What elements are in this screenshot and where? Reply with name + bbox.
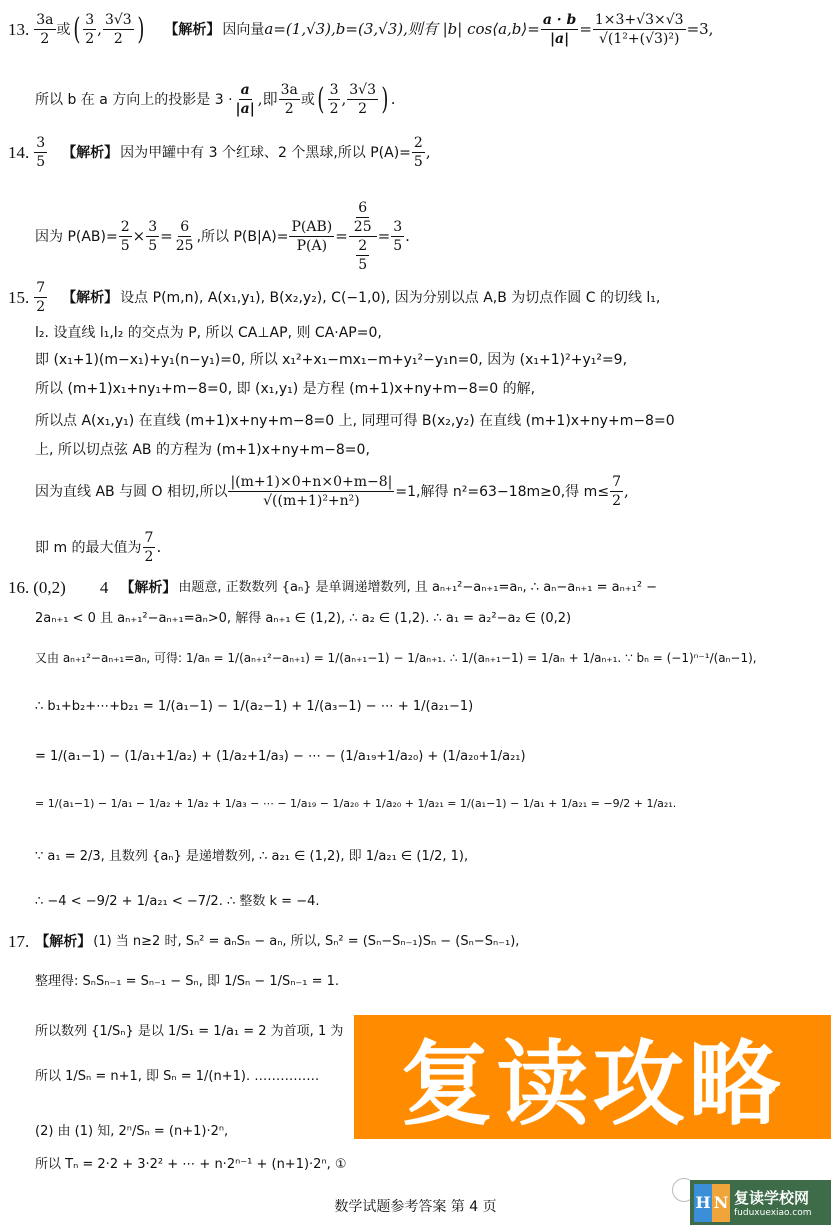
problem-13-line-1: 13. 3a2 或 ( 32, 3√32 ) 【解析】 因向量 a=(1,√3)… [8,12,713,47]
problem-17-line-4: 所以 1/Sₙ = n+1, 即 Sₙ = 1/(n+1). …………… [35,1070,319,1083]
problem-number: 13. [8,21,29,38]
problem-16-line-5: = 1/(a₁−1) − (1/a₁+1/a₂) + (1/a₂+1/a₃) −… [35,750,526,763]
logo-url: fuduxuexiao.com [734,1208,811,1218]
fraction: 3a2 [34,12,55,47]
logo-name: 复读学校网 [734,1187,811,1208]
analysis-tag: 【解析】 [62,146,118,160]
problem-15-line-7: 因为直线 AB 与圆 O 相切,所以 |(m+1)×0+n×0+m−8|√((m… [35,474,629,509]
problem-15-line-1: 15. 72 【解析】 设点 P(m,n), A(x₁,y₁), B(x₂,y₂… [8,280,660,315]
problem-14-line-2: 因为 P(AB)= 25 × 35 = 625 ,所以 P(B|A)= P(AB… [35,200,410,273]
problem-16-line-8: ∴ −4 < −9/2 + 1/a₂₁ < −7/2. ∴ 整数 k = −4. [35,895,320,908]
problem-15-line-5: 所以点 A(x₁,y₁) 在直线 (m+1)x+ny+m−8=0 上, 同理可得… [35,414,675,428]
analysis-tag: 【解析】 [35,935,91,949]
problem-16-line-3: 又由 aₙ₊₁²−aₙ₊₁=aₙ, 可得: 1/aₙ = 1/(aₙ₊₁²−aₙ… [35,652,757,664]
problem-17-line-5: (2) 由 (1) 知, 2ⁿ/Sₙ = (n+1)·2ⁿ, [35,1125,228,1138]
problem-16-line-4: ∴ b₁+b₂+⋯+b₂₁ = 1/(a₁−1) − 1/(a₂−1) + 1/… [35,700,473,713]
analysis-tag: 【解析】 [164,23,220,37]
problem-15-line-3: 即 (x₁+1)(m−x₁)+y₁(n−y₁)=0, 所以 x₁²+x₁−mx₁… [35,353,627,367]
problem-14-line-1: 14. 35 【解析】 因为甲罐中有 3 个红球、2 个黑球,所以 P(A)= … [8,135,431,170]
problem-17-line-3: 所以数列 {1/Sₙ} 是以 1/S₁ = 1/a₁ = 2 为首项, 1 为 [35,1025,343,1038]
problem-16-line-1: 16. (0,2) 4 【解析】 由题意, 正数数列 {aₙ} 是单调递增数列,… [8,579,657,596]
problem-15-line-6: 上, 所以切点弦 AB 的方程为 (m+1)x+ny+m−8=0, [35,443,370,457]
banner-text: 复读攻略 [400,1011,784,1143]
site-logo: H N 复读学校网 fuduxuexiao.com [690,1180,831,1225]
problem-16-line-7: ∵ a₁ = 2/3, 且数列 {aₙ} 是递增数列, ∴ a₂₁ ∈ (1,2… [35,850,468,863]
problem-17-line-6: 所以 Tₙ = 2·2 + 3·2² + ⋯ + n·2ⁿ⁻¹ + (n+1)·… [35,1158,347,1171]
book-icon: H N [694,1184,730,1222]
problem-15-line-2: l₂. 设直线 l₁,l₂ 的交点为 P, 所以 CA⊥AP, 则 CA·AP=… [35,326,382,340]
problem-13-line-2: 所以 b 在 a 方向上的投影是 3 · a|a| ,即 3a2 或 ( 32,… [35,82,396,117]
problem-16-line-2: 2aₙ₊₁ < 0 且 aₙ₊₁²−aₙ₊₁=aₙ>0, 解得 aₙ₊₁ ∈ (… [35,612,571,625]
problem-17-line-2: 整理得: SₙSₙ₋₁ = Sₙ₋₁ − Sₙ, 即 1/Sₙ − 1/Sₙ₋₁… [35,975,339,988]
analysis-tag: 【解析】 [62,291,118,305]
problem-16-line-6: = 1/(a₁−1) − 1/a₁ − 1/a₂ + 1/a₂ + 1/a₃ −… [35,798,676,809]
problem-15-line-4: 所以 (m+1)x₁+ny₁+m−8=0, 即 (x₁,y₁) 是方程 (m+1… [35,382,535,396]
analysis-tag: 【解析】 [120,581,176,595]
problem-17-line-1: 17. 【解析】 (1) 当 n≥2 时, Sₙ² = aₙSₙ − aₙ, 所… [8,933,519,950]
problem-15-line-8: 即 m 的最大值为 72. [35,530,161,565]
watermark-banner: 复读攻略 [354,1015,831,1139]
